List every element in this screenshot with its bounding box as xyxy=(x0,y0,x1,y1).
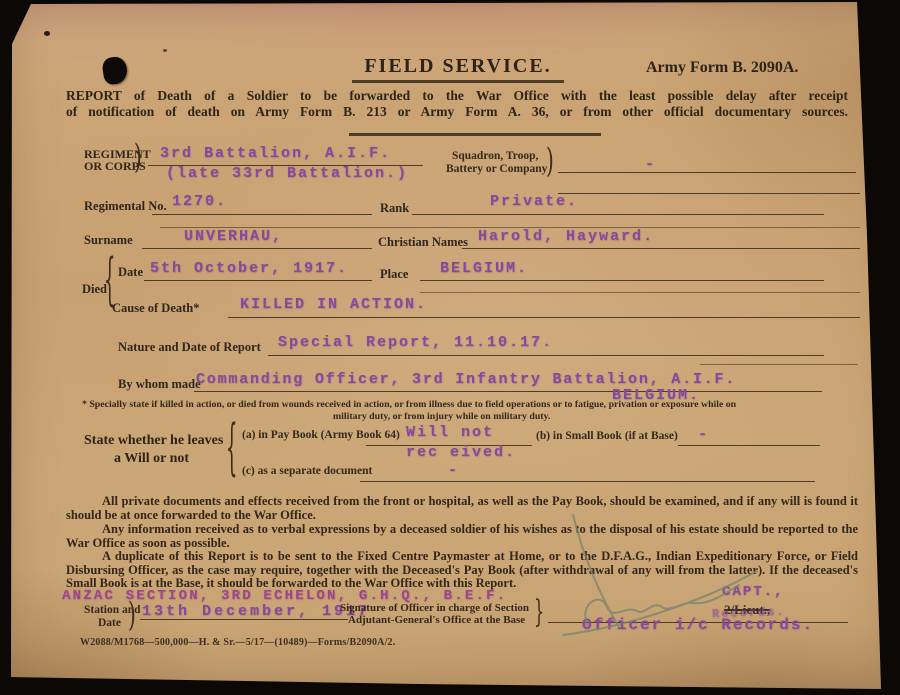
regimental-no-value: 1270. xyxy=(172,193,227,210)
scanned-death-report-form: FIELD SERVICE. Army Form B. 2090A. REPOR… xyxy=(0,0,900,695)
died-place-value: BELGIUM. xyxy=(440,260,528,277)
squadron-line xyxy=(558,172,856,173)
signature-label-2: Adjutant-General's Office at the Base xyxy=(348,614,525,626)
form-title: FIELD SERVICE. xyxy=(352,55,564,78)
regimental-no-line xyxy=(152,214,372,215)
by-whom-label: By whom made xyxy=(118,377,201,392)
paper-speck xyxy=(44,31,50,36)
will-c-value: - xyxy=(448,462,459,479)
header-divider xyxy=(349,133,601,136)
will-a-value-2: rec eived. xyxy=(406,444,516,461)
will-c-label: (c) as a separate document xyxy=(242,465,372,477)
form-number: Army Form B. 2090A. xyxy=(646,59,798,77)
report-value: Special Report, 11.10.17. xyxy=(278,334,553,351)
report-line xyxy=(268,355,824,356)
station-date-line xyxy=(140,619,348,620)
station-label-2: Date xyxy=(98,617,121,629)
footnote-line-1: * Specially state if killed in action, o… xyxy=(82,399,736,410)
will-a-label: (a) in Pay Book (Army Book 64) xyxy=(242,429,400,441)
surname-value: UNVERHAU, xyxy=(184,228,283,245)
surname-label: Surname xyxy=(84,233,133,248)
regiment-brace: ) xyxy=(134,136,142,177)
squadron-label-2: Battery or Company xyxy=(446,163,547,175)
station-brace: ) xyxy=(128,594,136,635)
died-row-line xyxy=(420,292,860,293)
will-label-2: a Will or not xyxy=(114,451,189,467)
squadron-brace: ) xyxy=(546,140,554,181)
signature-label: Signature of Officer in charge of Sectio… xyxy=(340,602,529,614)
regiment-value: 3rd Battalion, A.I.F. xyxy=(160,145,391,162)
station-date-value: 13th December, 1917 xyxy=(142,603,370,620)
footnote-line-2: military duty, or from injury while on m… xyxy=(333,411,550,422)
squadron-value: - xyxy=(645,156,656,173)
report-label: Nature and Date of Report xyxy=(118,340,261,355)
paper-speck xyxy=(163,49,167,52)
rank-line xyxy=(412,214,824,215)
christian-names-label: Christian Names xyxy=(378,235,468,250)
intro-line-2: of notification of death on Army Form B.… xyxy=(66,104,848,120)
died-place-line xyxy=(420,280,824,281)
christian-names-line xyxy=(462,248,860,249)
died-date-line xyxy=(144,280,372,281)
will-c-line xyxy=(360,481,815,482)
will-label: State whether he leaves xyxy=(84,433,223,449)
by-whom-line xyxy=(194,391,822,392)
squadron-label: Squadron, Troop, xyxy=(452,150,538,162)
signature-brace: } xyxy=(534,593,544,629)
signature-scrawl xyxy=(545,505,780,645)
printer-code: W2088/M1768—500,000—H. & Sr.—5/17—(10489… xyxy=(80,637,395,648)
cause-of-death-value: KILLED IN ACTION. xyxy=(240,296,427,313)
died-date-label: Date xyxy=(118,265,143,280)
title-underline xyxy=(352,80,564,83)
died-place-label: Place xyxy=(380,267,408,282)
will-b-label: (b) in Small Book (if at Base) xyxy=(536,430,678,442)
will-b-value: - xyxy=(698,426,709,443)
squadron-line-2 xyxy=(558,193,860,194)
surname-line xyxy=(142,248,372,249)
died-date-value: 5th October, 1917. xyxy=(150,260,348,277)
cause-of-death-line xyxy=(228,317,860,318)
intro-line-1: REPORT of Death of a Soldier to be forwa… xyxy=(66,88,848,104)
cause-of-death-label: Cause of Death* xyxy=(112,301,200,316)
will-a-value: Will not xyxy=(406,424,494,441)
report-line-2 xyxy=(700,364,858,365)
rank-value: Private. xyxy=(490,193,578,210)
regimental-no-label: Regimental No. xyxy=(84,199,167,214)
will-brace: { xyxy=(226,413,237,484)
will-b-line xyxy=(678,445,820,446)
rank-label: Rank xyxy=(380,201,409,216)
christian-names-value: Harold, Hayward. xyxy=(478,228,654,245)
regiment-value-2: (late 33rd Battalion.) xyxy=(166,165,408,182)
by-whom-value: Commanding Officer, 3rd Infantry Battali… xyxy=(196,371,736,388)
